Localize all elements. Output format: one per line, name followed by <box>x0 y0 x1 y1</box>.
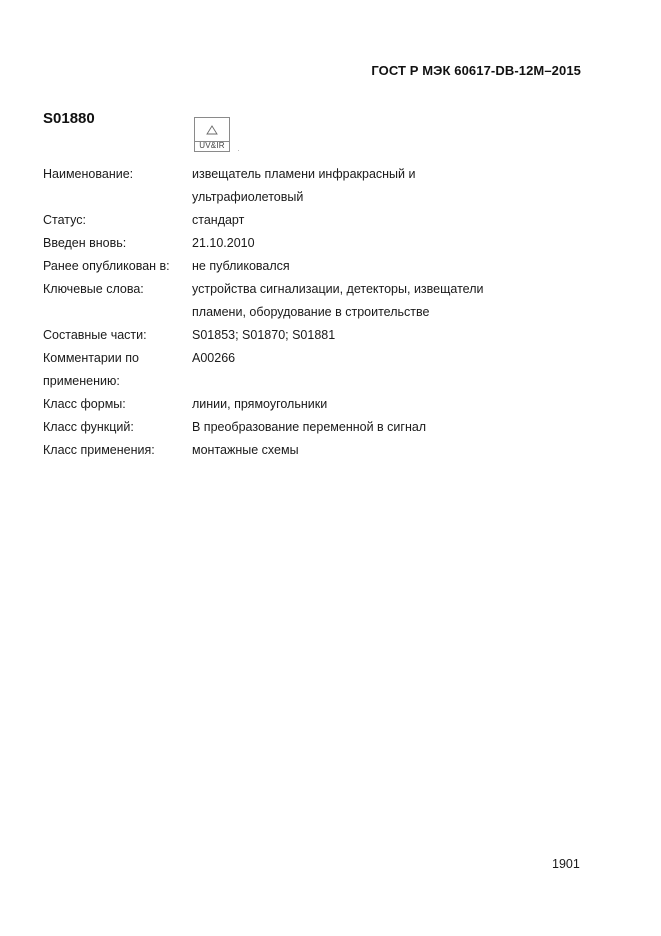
field-label: Составные части: <box>43 324 192 347</box>
field-value: 21.10.2010 <box>192 232 563 255</box>
field-components: Составные части: S01853; S01870; S01881 <box>43 324 563 347</box>
field-shape-class: Класс формы: линии, прямоугольники <box>43 393 563 416</box>
field-label: Ранее опубликован в: <box>43 255 192 278</box>
field-value-line: устройства сигнализации, детекторы, изве… <box>192 278 563 301</box>
field-application-class: Класс применения: монтажные схемы <box>43 439 563 462</box>
field-value: извещатель пламени инфракрасный и ультра… <box>192 163 563 209</box>
field-label-line: Комментарии по <box>43 347 192 370</box>
field-value-line: ультрафиолетовый <box>192 186 563 209</box>
field-value: не публиковался <box>192 255 563 278</box>
field-application-notes: Комментарии по применению: A00266 <box>43 347 563 393</box>
field-value: В преобразование переменной в сигнал <box>192 416 563 439</box>
field-label-line: применению: <box>43 370 192 393</box>
symbol-attributes: Наименование: извещатель пламени инфракр… <box>43 163 563 462</box>
field-label: Класс формы: <box>43 393 192 416</box>
field-keywords: Ключевые слова: устройства сигнализации,… <box>43 278 563 324</box>
field-previously-published: Ранее опубликован в: не публиковался <box>43 255 563 278</box>
field-function-class: Класс функций: В преобразование переменн… <box>43 416 563 439</box>
field-label: Ключевые слова: <box>43 278 192 324</box>
field-introduced: Введен вновь: 21.10.2010 <box>43 232 563 255</box>
symbol-label: UV&IR <box>195 140 229 151</box>
field-label: Комментарии по применению: <box>43 347 192 393</box>
decorative-dot <box>238 150 239 151</box>
field-value: линии, прямоугольники <box>192 393 563 416</box>
field-name: Наименование: извещатель пламени инфракр… <box>43 163 563 209</box>
field-value-line: пламени, оборудование в строительстве <box>192 301 563 324</box>
page-number: 1901 <box>552 857 580 871</box>
field-value: устройства сигнализации, детекторы, изве… <box>192 278 563 324</box>
field-label: Статус: <box>43 209 192 232</box>
field-value: A00266 <box>192 347 563 393</box>
field-label: Класс функций: <box>43 416 192 439</box>
symbol-id: S01880 <box>43 110 95 127</box>
document-standard-header: ГОСТ Р МЭК 60617-DB-12M–2015 <box>371 63 581 78</box>
field-value: монтажные схемы <box>192 439 563 462</box>
symbol-graphic: UV&IR <box>194 117 230 152</box>
field-status: Статус: стандарт <box>43 209 563 232</box>
field-label: Наименование: <box>43 163 192 209</box>
field-label: Введен вновь: <box>43 232 192 255</box>
field-value: стандарт <box>192 209 563 232</box>
field-value-line: извещатель пламени инфракрасный и <box>192 163 563 186</box>
field-value: S01853; S01870; S01881 <box>192 324 563 347</box>
field-label: Класс применения: <box>43 439 192 462</box>
symbol-glyph-area <box>195 118 229 142</box>
triangle-icon <box>206 125 218 135</box>
